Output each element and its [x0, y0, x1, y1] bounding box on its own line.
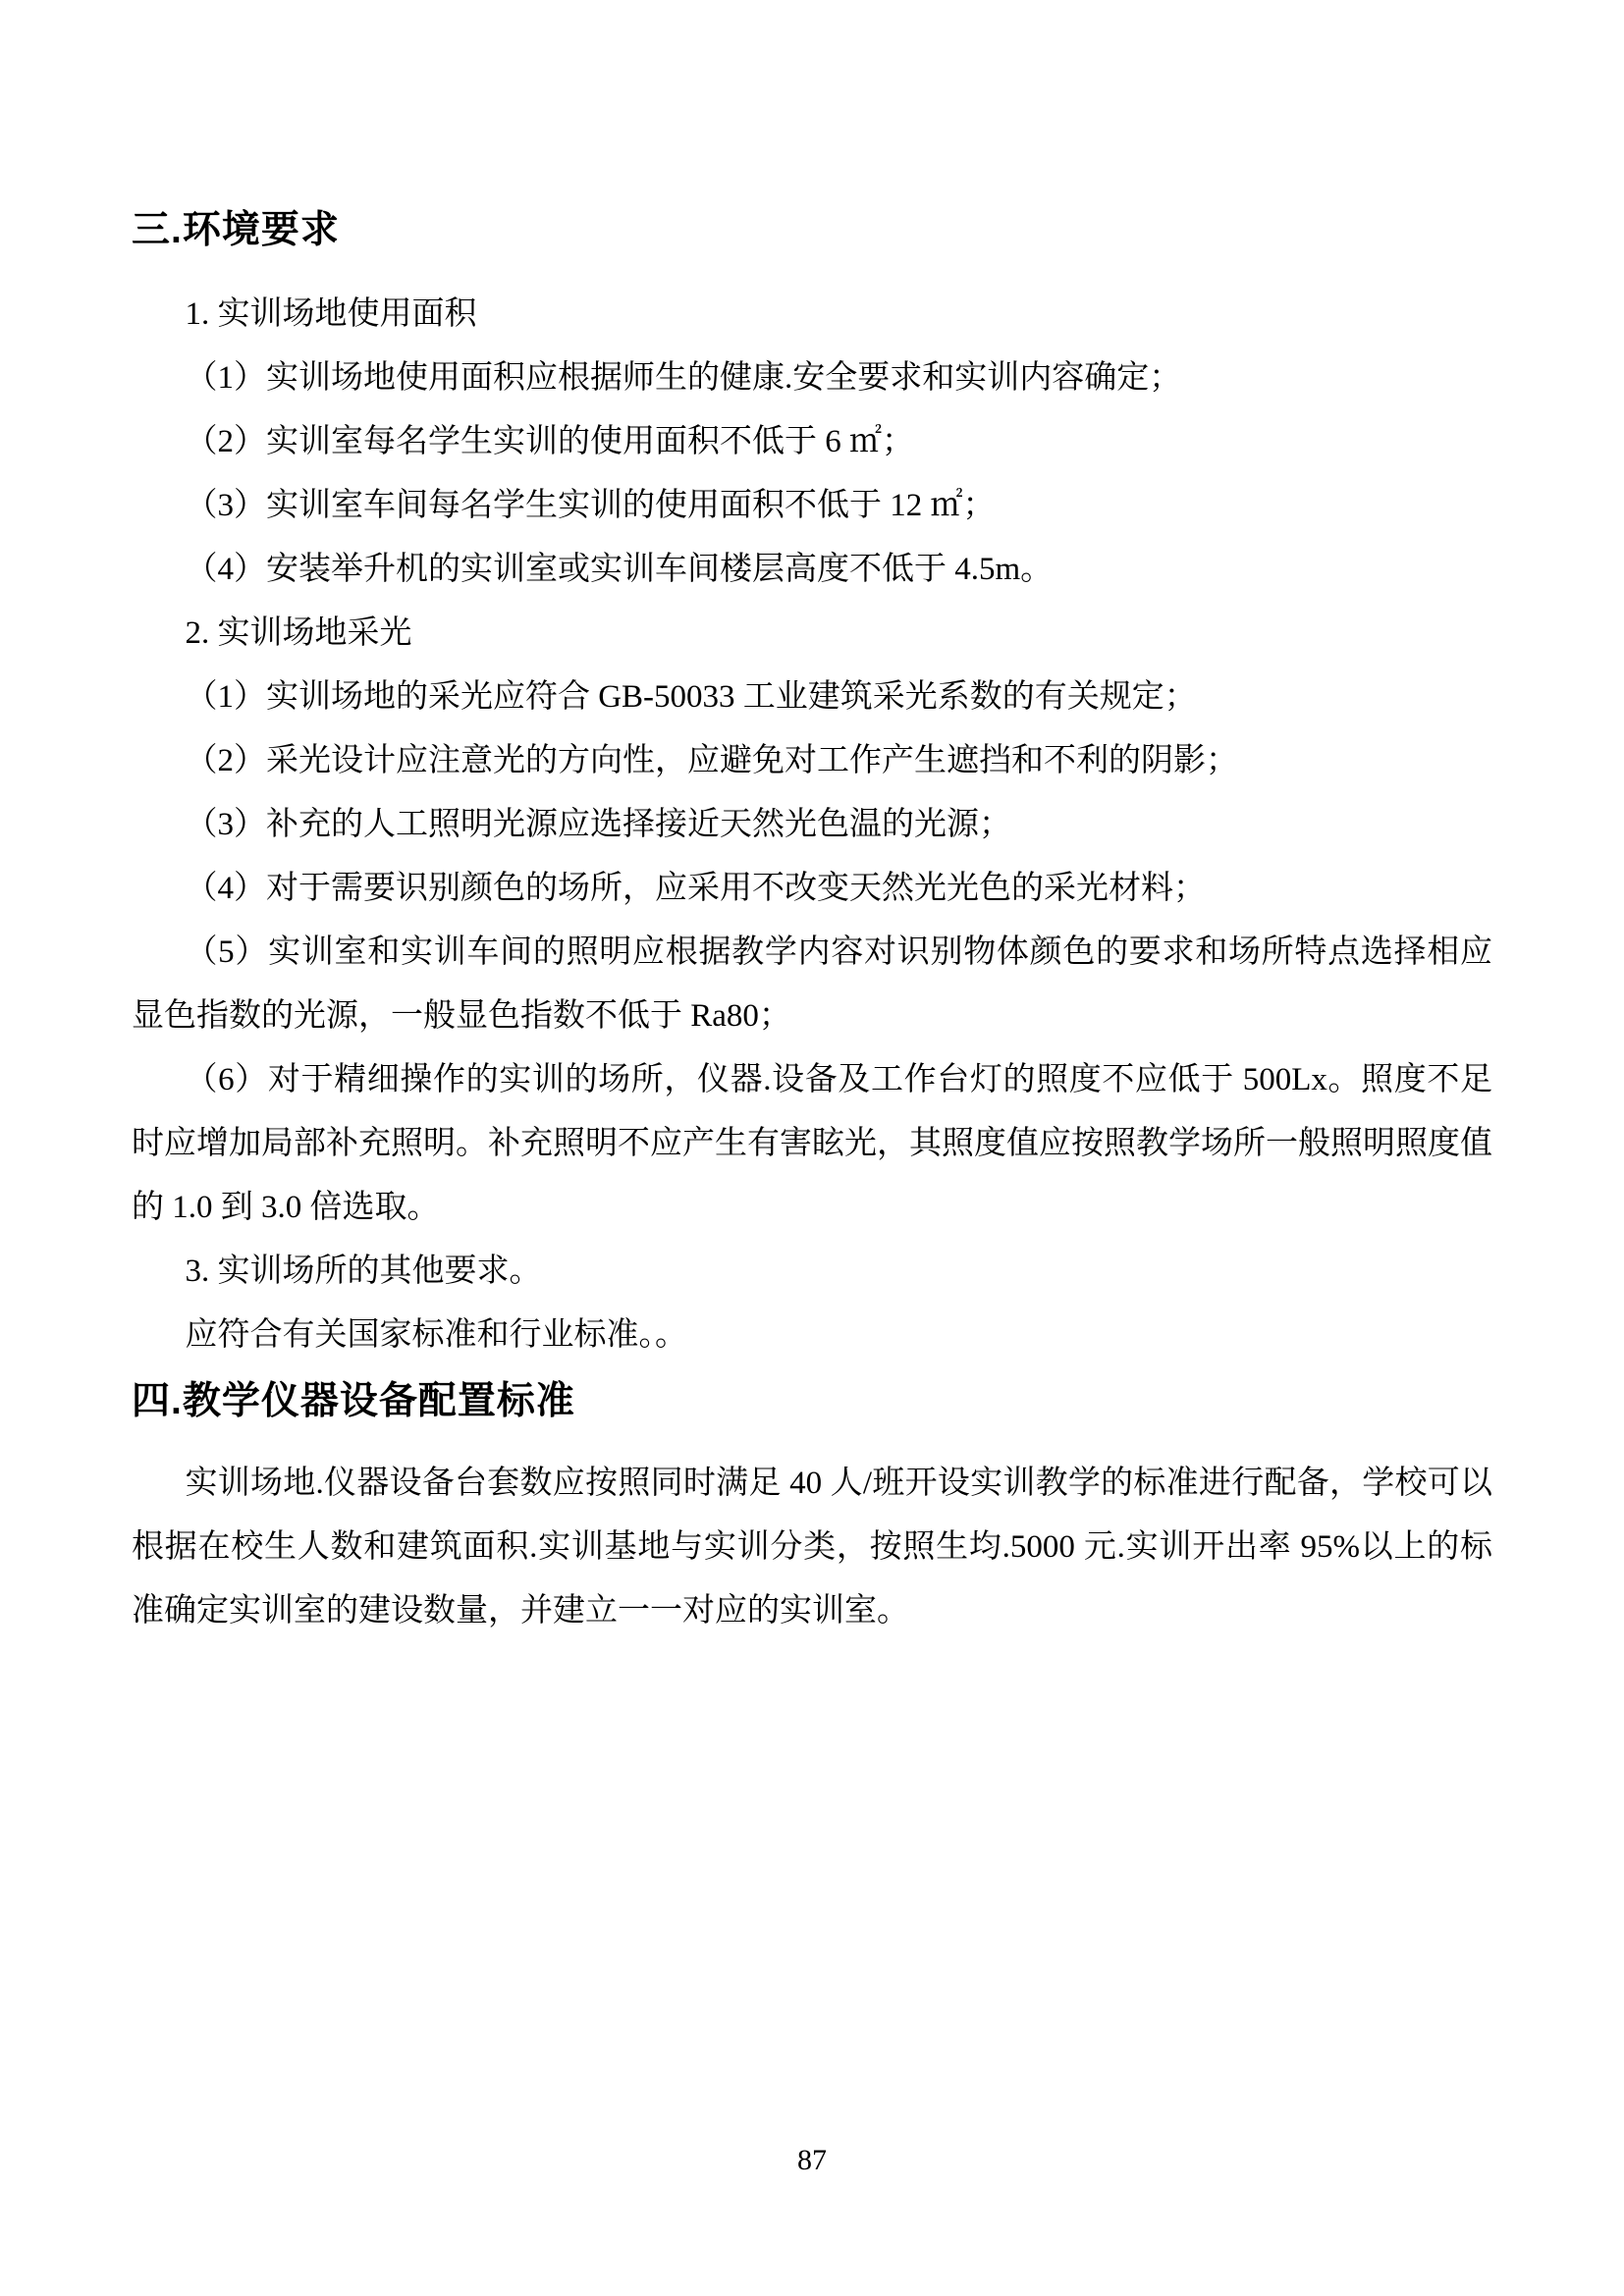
document-page: 三.环境要求 1. 实训场地使用面积 （1）实训场地使用面积应根据师生的健康.安… — [0, 0, 1624, 2296]
section-equipment-standards: 四.教学仪器设备配置标准 实训场地.仪器设备台套数应按照同时满足 40 人/班开… — [132, 1367, 1492, 1643]
env-item-2-6: （6）对于精细操作的实训的场所，仪器.设备及工作台灯的照度不应低于 500Lx。… — [132, 1048, 1492, 1240]
equipment-body-paragraph: 实训场地.仪器设备台套数应按照同时满足 40 人/班开设实训教学的标准进行配备，… — [132, 1452, 1492, 1643]
env-item-2-2: （2）采光设计应注意光的方向性，应避免对工作产生遮挡和不利的阴影； — [132, 729, 1492, 793]
env-item-2-5: （5）实训室和实训车间的照明应根据教学内容对识别物体颜色的要求和场所特点选择相应… — [132, 921, 1492, 1048]
env-item-3: 3. 实训场所的其他要求。 — [132, 1240, 1492, 1304]
env-item-1-3: （3）实训室车间每名学生实训的使用面积不低于 12 ㎡； — [132, 474, 1492, 538]
section-environment-requirements: 三.环境要求 1. 实训场地使用面积 （1）实训场地使用面积应根据师生的健康.安… — [132, 196, 1492, 1367]
env-item-1-4: （4）安装举升机的实训室或实训车间楼层高度不低于 4.5m。 — [132, 538, 1492, 602]
env-item-1: 1. 实训场地使用面积 — [132, 283, 1492, 347]
section-heading-equipment: 四.教学仪器设备配置标准 — [132, 1367, 1492, 1436]
env-item-2-3: （3）补充的人工照明光源应选择接近天然光色温的光源； — [132, 793, 1492, 857]
env-item-2-4: （4）对于需要识别颜色的场所，应采用不改变天然光光色的采光材料； — [132, 857, 1492, 921]
env-item-1-2: （2）实训室每名学生实训的使用面积不低于 6 ㎡； — [132, 410, 1492, 474]
env-item-2-1: （1）实训场地的采光应符合 GB-50033 工业建筑采光系数的有关规定； — [132, 666, 1492, 729]
env-item-1-1: （1）实训场地使用面积应根据师生的健康.安全要求和实训内容确定； — [132, 347, 1492, 410]
env-item-2: 2. 实训场地采光 — [132, 602, 1492, 666]
page-number: 87 — [0, 2143, 1624, 2178]
env-item-3-note: 应符合有关国家标准和行业标准。。 — [132, 1304, 1492, 1367]
section-heading-environment: 三.环境要求 — [132, 196, 1492, 265]
